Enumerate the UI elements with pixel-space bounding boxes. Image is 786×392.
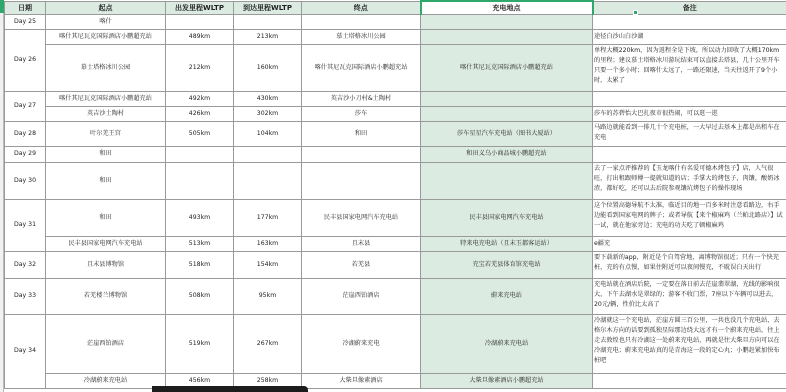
header-row: 日期 起点 出发里程WLTP 到达里程WLTP 终点 充电地点 备注 bbox=[5, 1, 786, 14]
table-row: Day 28 叶尔羌王宫 505km 104km 和田 莎车星星汽车充电站（图书… bbox=[5, 121, 786, 146]
cell-note[interactable]: 马路边就能看到一排几十个充电桩，一大早过去基本上都是出租车在充电 bbox=[593, 121, 786, 146]
cell-arr[interactable]: 302km bbox=[234, 106, 302, 121]
cell-start[interactable]: 和田 bbox=[46, 162, 166, 199]
cell-arr[interactable]: 213km bbox=[234, 29, 302, 44]
cell-start[interactable]: 叶尔羌王宫 bbox=[46, 121, 166, 146]
cell-charge[interactable] bbox=[421, 91, 593, 106]
table-row: Day 34 茫崖西铂酒店 519km 267km 冷湖蔚来充电 冷湖蔚来充电站… bbox=[5, 314, 786, 373]
col-header-note[interactable]: 备注 bbox=[593, 1, 786, 14]
cell-end[interactable]: 冷湖蔚来充电 bbox=[302, 314, 421, 373]
table-row: Day 25 喀什 bbox=[5, 14, 786, 29]
cell-end[interactable]: 英吉沙小刀村&土陶村 bbox=[302, 91, 421, 106]
table-row: 民丰县国家电网汽车充电站 513km 163km 且末县 特来电充电站（且末玉都… bbox=[5, 236, 786, 251]
cell-dep[interactable]: 513km bbox=[166, 236, 234, 251]
cell-arr[interactable]: 430km bbox=[234, 91, 302, 106]
cell-day[interactable]: Day 34 bbox=[5, 314, 46, 388]
cell-note[interactable]: 充电站就在酒店后院，一定要在落日前去茫崖翡翠湖，光线的影响很大，下午去湖水是翠绿… bbox=[593, 278, 786, 314]
cell-charge[interactable]: 和田义乌小商品城小鹏超充站 bbox=[421, 146, 593, 162]
cell-end[interactable]: 喀什其尼瓦克国际酒店小鹏超充站 bbox=[302, 44, 421, 91]
cell-dep[interactable] bbox=[166, 162, 234, 199]
cell-dep[interactable]: 492km bbox=[166, 91, 234, 106]
cell-note[interactable] bbox=[593, 14, 786, 29]
table-row: Day 31 和田 493km 177km 民丰县国家电网汽车充电站 民丰县国家… bbox=[5, 199, 786, 236]
cell-dep[interactable]: 518km bbox=[166, 251, 234, 278]
cell-start[interactable]: 且末县博物馆 bbox=[46, 251, 166, 278]
cell-note[interactable] bbox=[593, 146, 786, 162]
selection-fill-handle[interactable] bbox=[633, 10, 638, 15]
cell-day[interactable]: Day 26 bbox=[5, 29, 46, 91]
cell-arr[interactable]: 177km bbox=[234, 199, 302, 236]
cell-start[interactable]: 喀什其尼瓦克国际酒店小鹏超充站 bbox=[46, 91, 166, 106]
cell-end[interactable]: 慕士塔格冰川公园 bbox=[302, 29, 421, 44]
cell-charge[interactable]: 蔚来充电站 bbox=[421, 278, 593, 314]
table-row: 慕士塔格冰川公园 212km 160km 喀什其尼瓦克国际酒店小鹏超充站 喀什其… bbox=[5, 44, 786, 91]
cell-end[interactable]: 大柴旦像素酒店 bbox=[302, 373, 421, 388]
cell-note[interactable]: 途径白沙山白沙湖 bbox=[593, 29, 786, 44]
cell-end[interactable] bbox=[302, 146, 421, 162]
cell-note[interactable] bbox=[593, 373, 786, 388]
table-row: Day 30 和田 去了一家点评推荐的【玉龙喀什有名爱可德木烤包子】店，人气很旺… bbox=[5, 162, 786, 199]
cell-end[interactable] bbox=[302, 162, 421, 199]
cell-start[interactable]: 英吉沙土陶村 bbox=[46, 106, 166, 121]
cell-end[interactable]: 莎车 bbox=[302, 106, 421, 121]
cell-note[interactable]: 单程大概220km，因为返程全是下坡，所以动力回收了大概170km的里程；建议慕… bbox=[593, 44, 786, 91]
cell-day[interactable]: Day 32 bbox=[5, 251, 46, 278]
cell-dep[interactable] bbox=[166, 14, 234, 29]
cell-day[interactable]: Day 25 bbox=[5, 14, 46, 29]
cell-charge[interactable]: 莎车星星汽车充电站（图书大厦站） bbox=[421, 121, 593, 146]
cell-day[interactable]: Day 28 bbox=[5, 121, 46, 146]
cell-arr[interactable]: 95km bbox=[234, 278, 302, 314]
cell-dep[interactable]: 508km bbox=[166, 278, 234, 314]
cell-start[interactable]: 慕士塔格冰川公园 bbox=[46, 44, 166, 91]
cell-arr[interactable]: 267km bbox=[234, 314, 302, 373]
cell-start[interactable]: 喀什 bbox=[46, 14, 166, 29]
cell-note[interactable]: e疆充 bbox=[593, 236, 786, 251]
cell-dep[interactable]: 493km bbox=[166, 199, 234, 236]
cell-day[interactable]: Day 31 bbox=[5, 199, 46, 251]
cell-dep[interactable]: 489km bbox=[166, 29, 234, 44]
cell-end[interactable]: 和田 bbox=[302, 121, 421, 146]
cell-note[interactable]: 这个位置高德导航不太准，临近目的地一百多米时注意看路边，右手边能看到国家电网的牌… bbox=[593, 199, 786, 236]
cell-end[interactable] bbox=[302, 14, 421, 29]
cell-day[interactable]: Day 33 bbox=[5, 278, 46, 314]
cell-arr[interactable]: 163km bbox=[234, 236, 302, 251]
table-row: Day 33 若羌楼兰博物馆 508km 95km 茫崖西铂酒店 蔚来充电站 充… bbox=[5, 278, 786, 314]
itinerary-table: 日期 起点 出发里程WLTP 到达里程WLTP 终点 充电地点 备注 Day 2… bbox=[4, 0, 786, 389]
table-row: 英吉沙土陶村 426km 302km 莎车 莎车的苏碧怡大巴扎夜市很热闹，可以逛… bbox=[5, 106, 786, 121]
cell-note[interactable]: 莎车的苏碧怡大巴扎夜市很热闹，可以逛一逛 bbox=[593, 106, 786, 121]
cell-start[interactable]: 若羌楼兰博物馆 bbox=[46, 278, 166, 314]
cell-arr[interactable] bbox=[234, 14, 302, 29]
col-header-arrive-range[interactable]: 到达里程WLTP bbox=[234, 1, 302, 14]
cell-arr[interactable]: 160km bbox=[234, 44, 302, 91]
cell-dep[interactable]: 505km bbox=[166, 121, 234, 146]
cell-start[interactable]: 喀什其尼瓦克国际酒店小鹏超充站 bbox=[46, 29, 166, 44]
cell-start[interactable]: 和田 bbox=[46, 199, 166, 236]
cell-charge[interactable] bbox=[421, 106, 593, 121]
cell-charge[interactable]: 喀什其尼瓦克国际酒店小鹏超充站 bbox=[421, 44, 593, 91]
cell-arr[interactable] bbox=[234, 146, 302, 162]
cell-charge[interactable]: 冷湖蔚来充电站 bbox=[421, 314, 593, 373]
cell-end[interactable]: 茫崖西铂酒店 bbox=[302, 278, 421, 314]
table-row: 冷湖蔚来充电站 456km 258km 大柴旦像素酒店 大柴旦像素酒店小鹏超充站 bbox=[5, 373, 786, 388]
cell-start[interactable]: 和田 bbox=[46, 146, 166, 162]
cell-start[interactable]: 冷湖蔚来充电站 bbox=[46, 373, 166, 388]
table-row: Day 26 喀什其尼瓦克国际酒店小鹏超充站 489km 213km 慕士塔格冰… bbox=[5, 29, 786, 44]
cell-start[interactable]: 茫崖西铂酒店 bbox=[46, 314, 166, 373]
spreadsheet: 日期 起点 出发里程WLTP 到达里程WLTP 终点 充电地点 备注 Day 2… bbox=[4, 0, 786, 389]
cell-note[interactable]: 去了一家点评推荐的【玉龙喀什有名爱可德木烤包子】店，人气很旺，打出租跟师傅一提就… bbox=[593, 162, 786, 199]
cell-charge[interactable]: 大柴旦像素酒店小鹏超充站 bbox=[421, 373, 593, 388]
cell-dep[interactable] bbox=[166, 146, 234, 162]
cell-end[interactable]: 若羌县 bbox=[302, 251, 421, 278]
cell-charge[interactable]: 充宝若羌县体育馆充电站 bbox=[421, 251, 593, 278]
col-header-date[interactable]: 日期 bbox=[5, 1, 46, 14]
cell-end[interactable]: 且末县 bbox=[302, 236, 421, 251]
cell-charge[interactable]: 特来电充电站（且末玉都客运站） bbox=[421, 236, 593, 251]
col-header-end[interactable]: 终点 bbox=[302, 1, 421, 14]
col-header-charge[interactable]: 充电地点 bbox=[421, 1, 593, 14]
cell-end[interactable]: 民丰县国家电网汽车充电站 bbox=[302, 199, 421, 236]
cell-charge[interactable] bbox=[421, 162, 593, 199]
table-row: Day 32 且末县博物馆 518km 154km 若羌县 充宝若羌县体育馆充电… bbox=[5, 251, 786, 278]
cell-charge[interactable]: 民丰县国家电网汽车充电站 bbox=[421, 199, 593, 236]
cell-arr[interactable]: 154km bbox=[234, 251, 302, 278]
cell-dep[interactable]: 426km bbox=[166, 106, 234, 121]
cell-arr[interactable] bbox=[234, 162, 302, 199]
cell-dep[interactable]: 519km bbox=[166, 314, 234, 373]
cell-start[interactable]: 民丰县国家电网汽车充电站 bbox=[46, 236, 166, 251]
cell-note[interactable]: 冷湖就这一个充电站，茫崖方圆三百公里，一共也没几个充电站，去格尔木方向的话要到孤… bbox=[593, 314, 786, 373]
cell-note[interactable] bbox=[593, 91, 786, 106]
cell-day[interactable]: Day 27 bbox=[5, 91, 46, 121]
cell-note[interactable]: 要下载新的app，附近是个自驾营地，离博物馆很近；只有一个快充桩，充的有点慢，如… bbox=[593, 251, 786, 278]
cell-arr[interactable]: 104km bbox=[234, 121, 302, 146]
cell-day[interactable]: Day 30 bbox=[5, 162, 46, 199]
col-header-start[interactable]: 起点 bbox=[46, 1, 166, 14]
overlay-bar bbox=[152, 386, 308, 392]
table-row: Day 29 和田 和田义乌小商品城小鹏超充站 bbox=[5, 146, 786, 162]
cell-charge[interactable] bbox=[421, 14, 593, 29]
table-row: Day 27 喀什其尼瓦克国际酒店小鹏超充站 492km 430km 英吉沙小刀… bbox=[5, 91, 786, 106]
cell-dep[interactable]: 212km bbox=[166, 44, 234, 91]
col-header-depart-range[interactable]: 出发里程WLTP bbox=[166, 1, 234, 14]
cell-charge[interactable] bbox=[421, 29, 593, 44]
cell-day[interactable]: Day 29 bbox=[5, 146, 46, 162]
